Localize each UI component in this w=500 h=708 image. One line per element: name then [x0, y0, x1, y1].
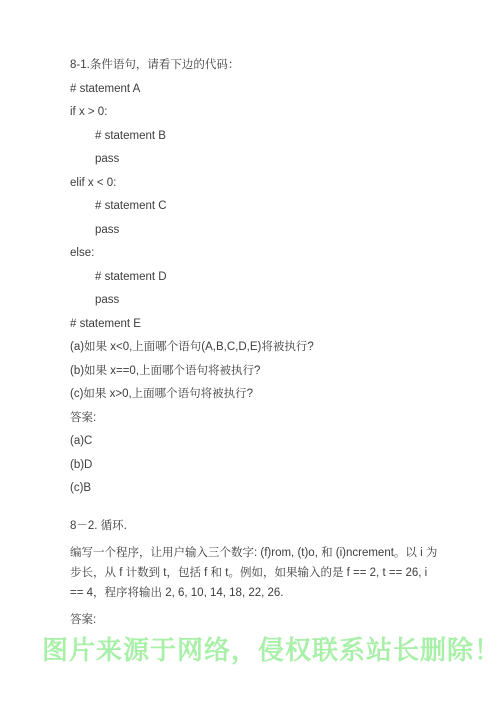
- code-line-else: else:: [70, 246, 442, 260]
- code-line-elif: elif x < 0:: [70, 176, 442, 190]
- answer-b: (b)D: [70, 458, 442, 472]
- answers-label-1: 答案:: [70, 411, 442, 425]
- code-line-statement-c: # statement C: [70, 199, 442, 213]
- code-line-statement-d: # statement D: [70, 270, 442, 284]
- code-line-if: if x > 0:: [70, 105, 442, 119]
- section-8-2-title: 8－2. 循环.: [70, 519, 442, 533]
- question-b: (b)如果 x==0,上面哪个语句将被执行?: [70, 364, 442, 378]
- code-line-statement-e: # statement E: [70, 317, 442, 331]
- answer-a: (a)C: [70, 434, 442, 448]
- section-8-2-body: 编写一个程序，让用户输入三个数字: (f)rom, (t)o, 和 (i)ncr…: [70, 543, 442, 603]
- watermark-text: 图片来源于网络，侵权联系站长删除！: [42, 630, 500, 667]
- code-line-statement-b: # statement B: [70, 129, 442, 143]
- question-c: (c)如果 x>0,上面哪个语句将被执行?: [70, 387, 442, 401]
- answers-label-2: 答案:: [70, 613, 442, 627]
- document-page: 8-1.条件语句，请看下边的代码： # statement A if x > 0…: [0, 0, 500, 708]
- answer-c: (c)B: [70, 481, 442, 495]
- code-line-pass-3: pass: [70, 293, 442, 307]
- code-line-statement-a: # statement A: [70, 82, 442, 96]
- code-line-pass-2: pass: [70, 223, 442, 237]
- code-line-pass-1: pass: [70, 152, 442, 166]
- question-a: (a)如果 x<0,上面哪个语句(A,B,C,D,E)将被执行?: [70, 340, 442, 354]
- section-8-1-title: 8-1.条件语句，请看下边的代码：: [70, 58, 442, 72]
